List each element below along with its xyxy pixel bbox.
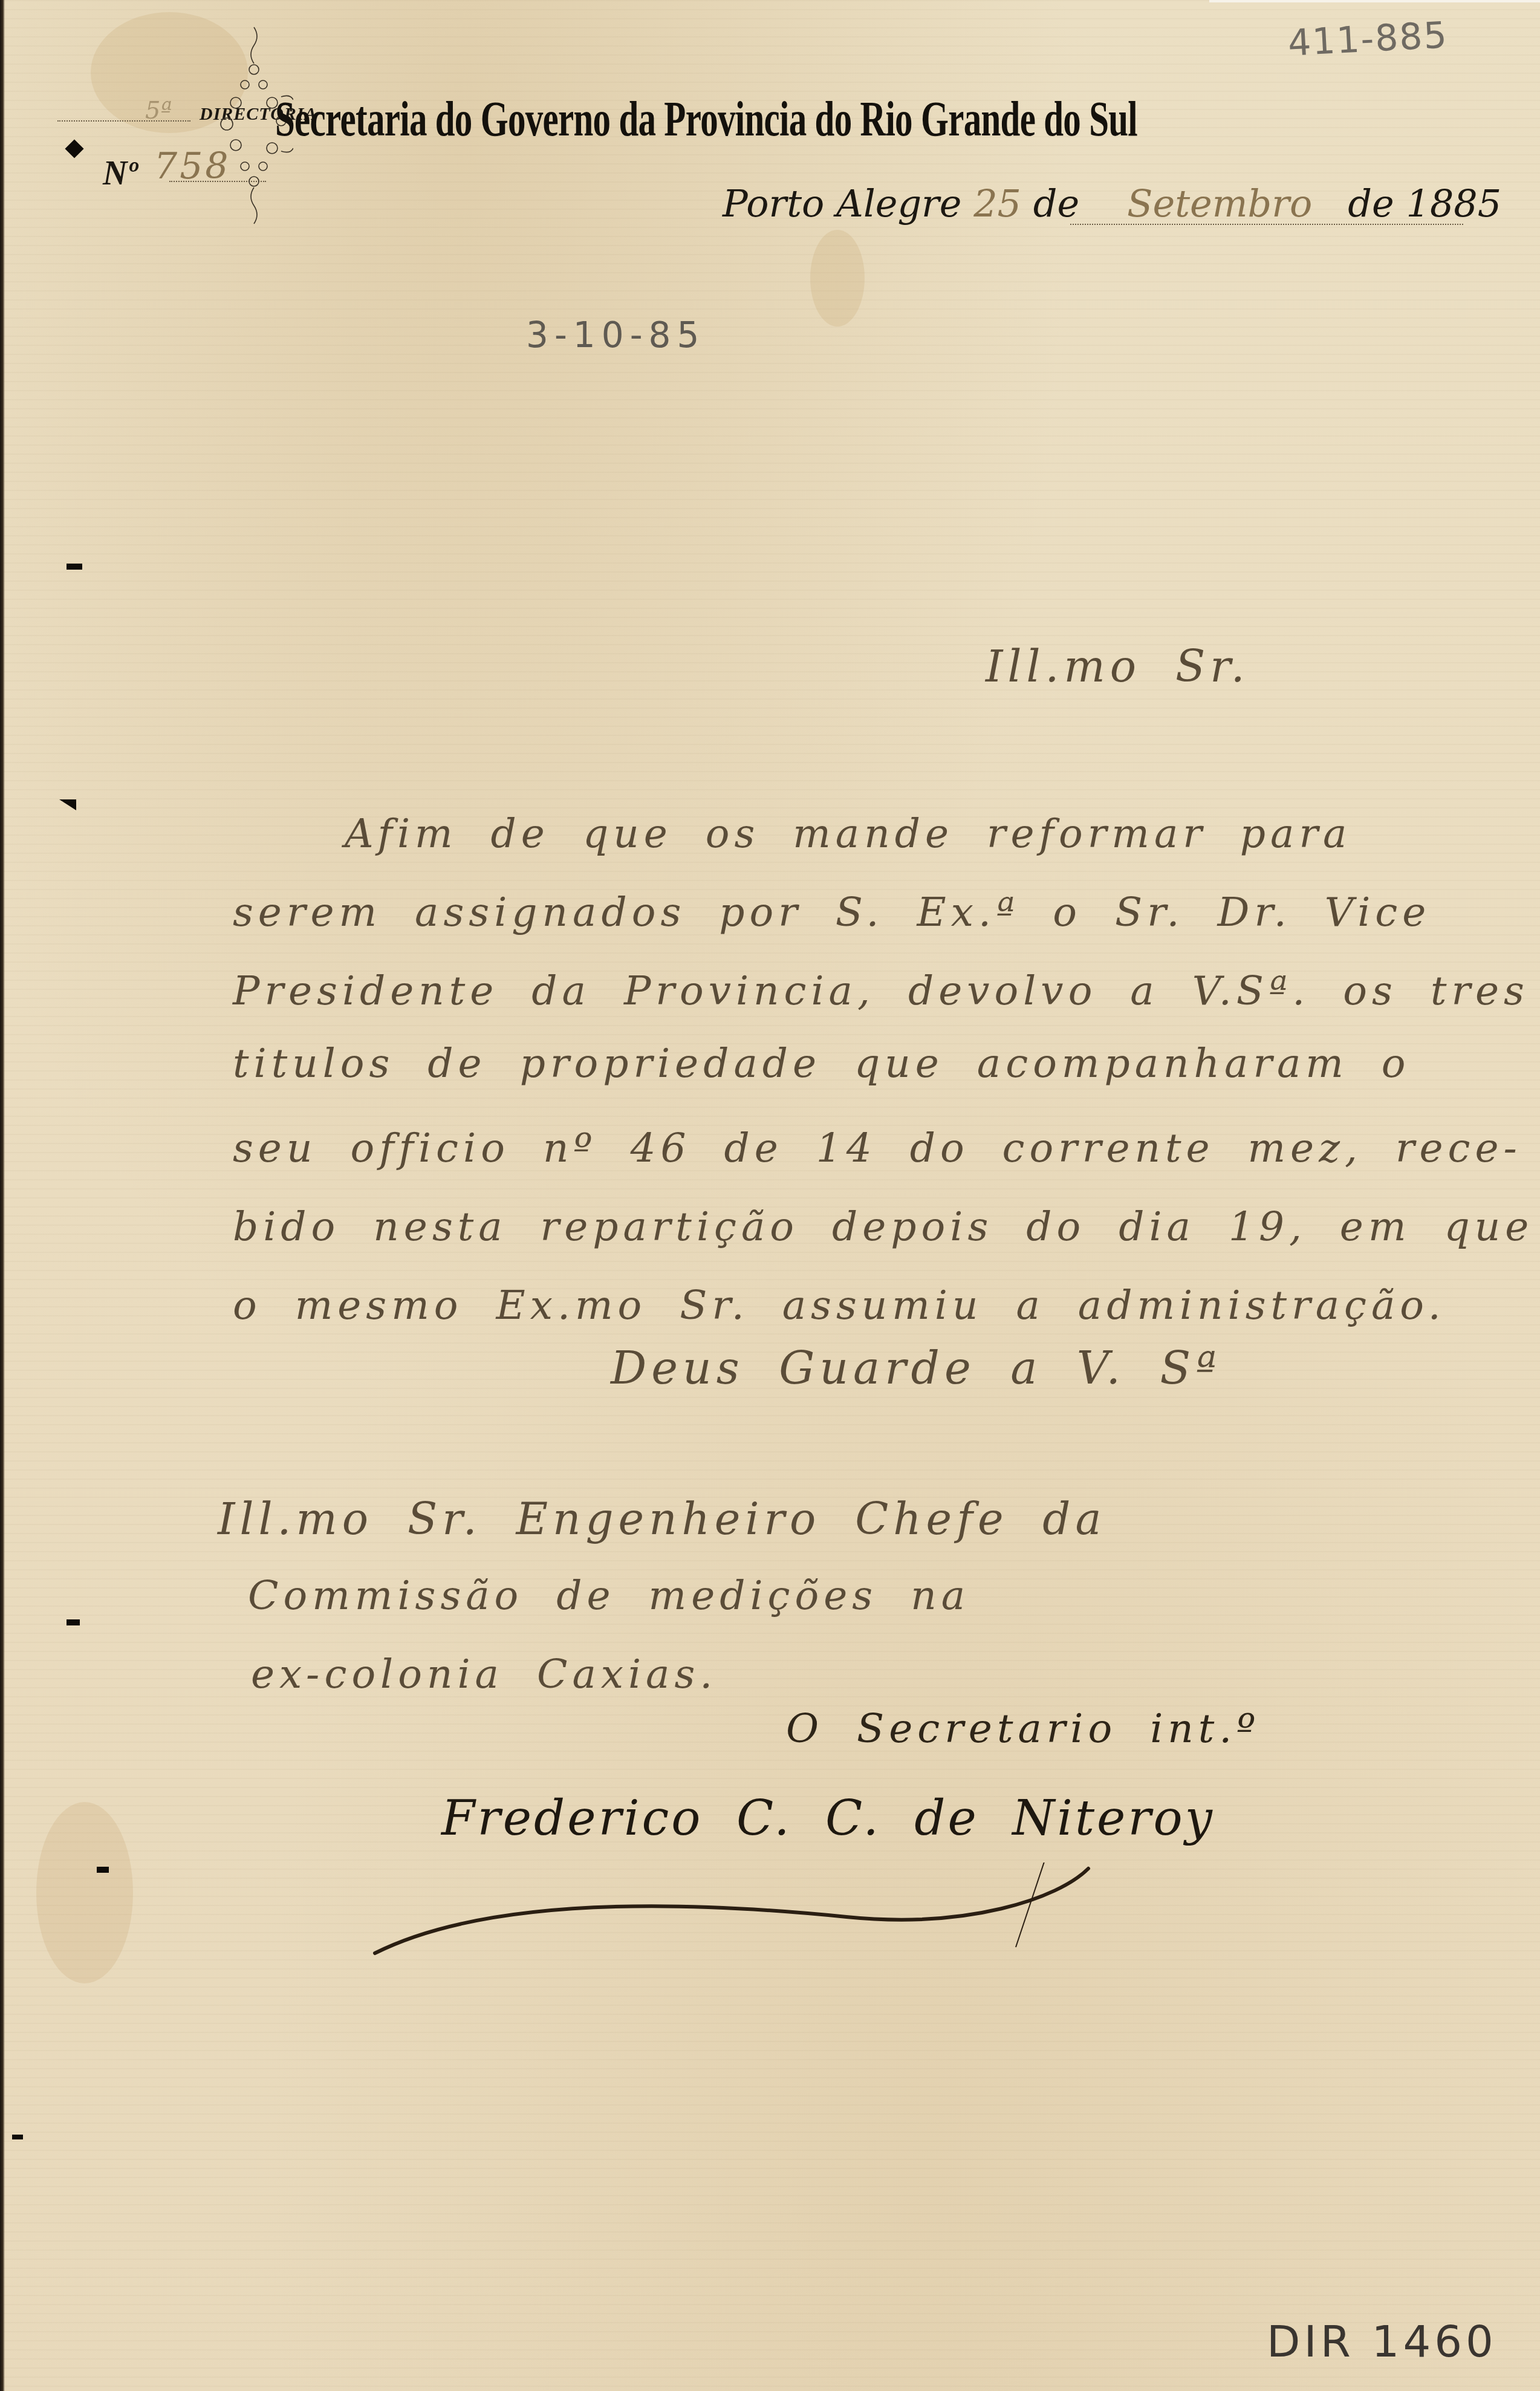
punch-hole [97, 1867, 109, 1873]
directoria-dotted-line [57, 120, 190, 122]
signature-name: Frederico C. C. de Niteroy [441, 1790, 1215, 1846]
received-date-note: 3-10-85 [526, 314, 705, 356]
body-line: Afim de que os mande reformar para [345, 810, 1351, 857]
footer-archive-code: DIR 1460 [1267, 2316, 1497, 2367]
signature-flourish-icon [363, 1862, 1209, 1983]
closing-formula: Deus Guarde a V. Sª [611, 1342, 1221, 1394]
date-dotted-line [1070, 224, 1463, 225]
body-line: seu officio nº 46 de 14 do corrente mez,… [233, 1125, 1522, 1171]
paper-stain [810, 230, 865, 327]
place-date-line: Porto Alegre 25 de Setembro de 1885 [723, 181, 1501, 226]
page-top-strip [1209, 0, 1540, 2]
number-label: Nº [103, 154, 137, 193]
body-line: o mesmo Ex.mo Sr. assumiu a administraçã… [233, 1282, 1446, 1329]
date-de-2: de [1348, 181, 1394, 226]
addressee-line: Ill.mo Sr. Engenheiro Chefe da [218, 1494, 1106, 1544]
body-line: Presidente da Provincia, devolvo a V.Sª.… [233, 968, 1529, 1014]
archive-reference: 411-885 [1287, 14, 1449, 65]
date-de: de [1033, 181, 1079, 226]
addressee-line: ex-colonia Caxias. [251, 1651, 717, 1697]
date-month: Setembro [1127, 181, 1312, 226]
body-line: serem assignados por S. Ex.ª o Sr. Dr. V… [233, 889, 1431, 935]
signatory-title: O Secretario int.º [786, 1705, 1260, 1752]
body-line: bido nesta repartição depois do dia 19, … [233, 1203, 1533, 1250]
punch-hole [67, 1619, 80, 1625]
date-year: 1885 [1406, 181, 1501, 226]
date-day: 25 [973, 181, 1021, 226]
letterhead-title: Secretaria do Governo da Provincia do Ri… [275, 91, 1137, 148]
place-name: Porto Alegre [723, 181, 961, 226]
salutation: Ill.mo Sr. [986, 641, 1250, 692]
punch-hole [59, 799, 76, 810]
body-line: titulos de propriedade que acompanharam … [233, 1040, 1411, 1087]
punch-hole [12, 2135, 23, 2139]
addressee-line: Commissão de medições na [248, 1572, 970, 1619]
paper-background [0, 0, 1540, 2391]
punch-hole [67, 564, 82, 570]
paper-stain [36, 1802, 133, 1983]
page-left-edge [0, 0, 5, 2391]
